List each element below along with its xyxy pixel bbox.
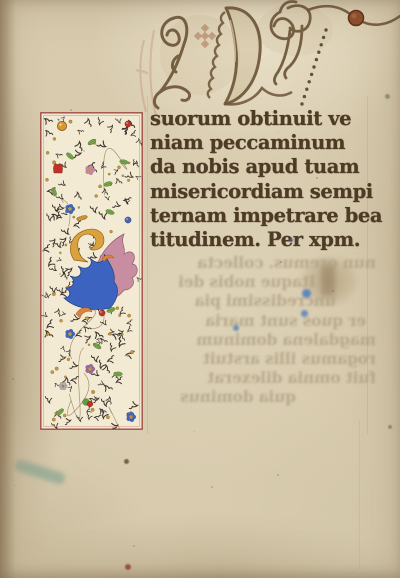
foxing-speck [211, 486, 213, 488]
showthrough-line: rogamus illis arstuit [150, 349, 376, 368]
ink-blob [349, 11, 364, 26]
showthrough-line: magdalena dominum [150, 330, 376, 349]
showthrough-line: fuit omnia dilexerat [150, 368, 376, 387]
floral-border-panel [40, 112, 143, 430]
binding-gutter-shadow [0, 0, 16, 578]
latin-text-block: suorum obtinuit ve niam peccaminum da no… [150, 107, 376, 252]
showthrough-line: quia dominus [150, 387, 296, 406]
text-line-5: ternam impetrare bea [150, 204, 376, 228]
foxing-speck [277, 474, 279, 476]
ruling-line-left [147, 96, 148, 434]
text-line-1: suorum obtinuit ve [150, 107, 376, 131]
foxing-speck [194, 431, 195, 432]
penwork-flourish [130, 0, 400, 118]
fold-line [359, 420, 360, 570]
ink-blot [125, 564, 131, 570]
text-line-4: misericordiam sempi [150, 180, 376, 204]
showthrough-line: nun oremus. collecta [150, 253, 376, 272]
showthrough-line: er quos sunt maria [150, 311, 366, 330]
text-line-6: titudinem. Per xpm. [150, 228, 376, 252]
green-smudge [13, 458, 66, 485]
ink-blot [124, 459, 129, 464]
text-line-2: niam peccaminum [150, 131, 376, 155]
showthrough-text-block: nun oremus. collecta Itaque nobis dei un… [150, 253, 376, 407]
showthrough-line: Itaque nobis dei [150, 272, 316, 291]
manuscript-page: suorum obtinuit ve niam peccaminum da no… [0, 0, 400, 578]
text-line-3: da nobis apud tuam [150, 155, 376, 179]
ink-blot [388, 425, 392, 429]
showthrough-line: uncredissimi pia [150, 291, 336, 310]
foxing-speck [133, 545, 135, 547]
